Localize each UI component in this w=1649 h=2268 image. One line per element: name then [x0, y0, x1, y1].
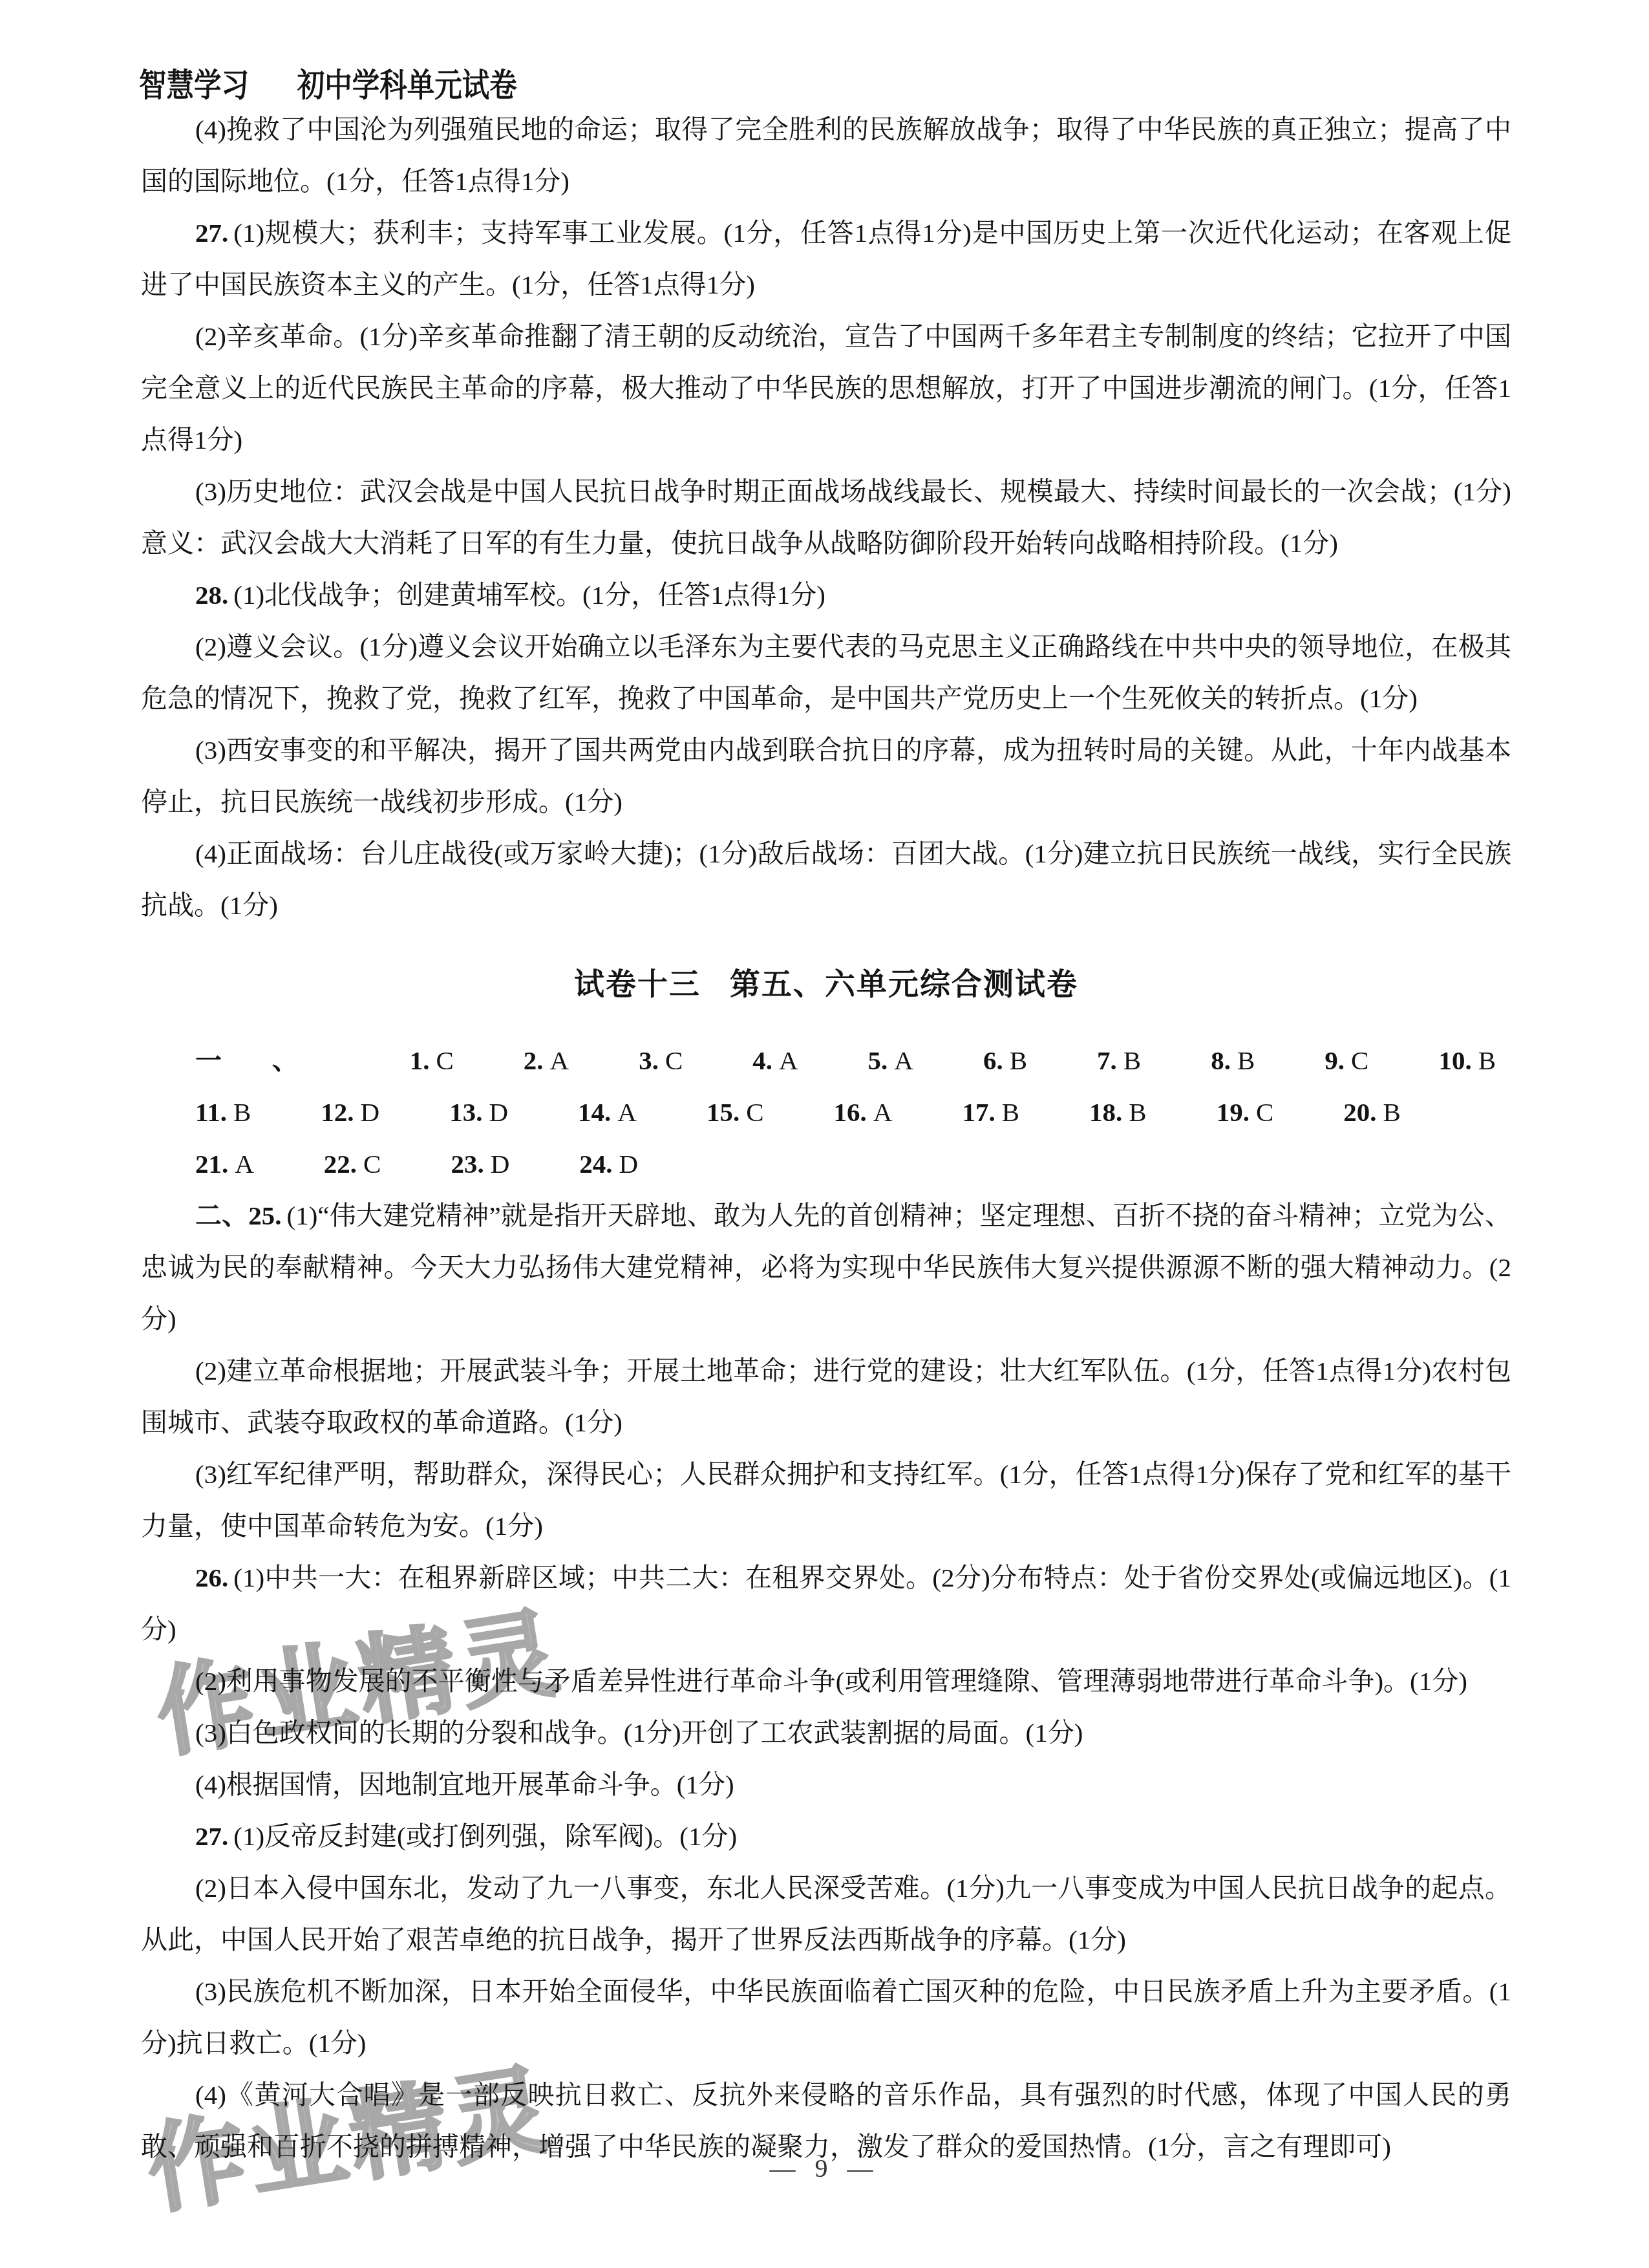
series-title: 初中学科单元试卷 [297, 67, 517, 103]
mc-item-number: 19. [1217, 1097, 1250, 1127]
answer-text: (2)利用事物发展的不平衡性与矛盾差异性进行革命斗争(或利用管理缝隙、管理薄弱地… [195, 1666, 1467, 1696]
answer-paragraph: (3)历史地位：武汉会战是中国人民抗日战争时期正面战场战线最长、规模最大、持续时… [141, 465, 1511, 569]
section-title-part-1: 试卷十三 [574, 967, 701, 1001]
mc-item-letter: A [617, 1097, 637, 1127]
mc-answer-item: 22.C [270, 1138, 381, 1190]
answer-paragraph: (3)红军纪律严明，帮助群众，深得民心；人民群众拥护和支持红军。(1分，任答1点… [141, 1448, 1511, 1552]
answer-text: (4)根据国情，因地制宜地开展革命斗争。(1分) [195, 1770, 734, 1799]
answer-text: (3)白色政权间的长期的分裂和战争。(1分)开创了工农武装割据的局面。(1分) [195, 1718, 1083, 1748]
mc-item-letter: C [1351, 1045, 1368, 1075]
mc-answer-item: 6.B [929, 1034, 1027, 1086]
page-container: 智慧学习初中学科单元试卷 作业精灵 作业精灵 (4)挽救了中国沦为列强殖民地的命… [0, 0, 1649, 2268]
answer-paragraph: (3)民族危机不断加深，日本开始全面侵华，中华民族面临着亡国灭种的危险，中日民族… [141, 1965, 1511, 2069]
mc-answer-item: 21.A [141, 1138, 254, 1190]
mc-answer-item: 13.D [395, 1086, 508, 1138]
question-number: 27. [195, 1821, 228, 1851]
mc-item-letter: C [436, 1045, 453, 1075]
mc-item-number: 24. [579, 1149, 612, 1179]
mc-answer-item: 16.A [780, 1086, 893, 1138]
answer-text: (3)民族危机不断加深，日本开始全面侵华，中华民族面临着亡国灭种的危险，中日民族… [141, 1976, 1511, 2058]
mc-item-number: 16. [834, 1097, 867, 1127]
mc-item-number: 21. [195, 1149, 228, 1179]
question-number: 28. [195, 580, 228, 610]
mc-item-letter: A [550, 1045, 569, 1075]
mc-item-letter: B [1237, 1045, 1255, 1075]
answer-paragraph: (2)辛亥革命。(1分)辛亥革命推翻了清王朝的反动统治，宣告了中国两千多年君主专… [141, 310, 1511, 465]
mc-answers-line: 一、1.C2.A3.C4.A5.A6.B7.B8.B9.C10.B11.B12.… [141, 1034, 1511, 1190]
mc-item-letter: D [361, 1097, 380, 1127]
mc-item-letter: C [1256, 1097, 1273, 1127]
answer-text: (1)“伟大建党精神”就是指开天辟地、敢为人先的首创精神；坚定理想、百折不挠的奋… [141, 1201, 1511, 1334]
answer-text: (1)规模大；获利丰；支持军事工业发展。(1分，任答1点得1分)是中国历史上第一… [141, 218, 1511, 299]
mc-item-letter: D [619, 1149, 639, 1179]
mc-item-number: 10. [1438, 1045, 1471, 1075]
mc-item-letter: B [1478, 1045, 1496, 1075]
mc-answer-item: 1.C [356, 1034, 454, 1086]
answer-text: (3)西安事变的和平解决，揭开了国共两党由内战到联合抗日的序幕，成为扭转时局的关… [141, 735, 1511, 817]
answer-text: (1)中共一大：在租界新辟区域；中共二大：在租界交界处。(2分)分布特点：处于省… [141, 1563, 1511, 1644]
section-title: 试卷十三第五、六单元综合测试卷 [141, 958, 1511, 1010]
brand-title: 智慧学习 [139, 67, 249, 103]
mc-section-label: 一、 [195, 1045, 349, 1075]
answer-text: (1)反帝反封建(或打倒列强，除军阀)。(1分) [233, 1821, 737, 1851]
mc-item-letter: B [1010, 1045, 1027, 1075]
mc-item-number: 18. [1089, 1097, 1122, 1127]
answer-text: (2)建立革命根据地；开展武装斗争；开展土地革命；进行党的建设；壮大红军队伍。(… [141, 1356, 1511, 1437]
question-number: 二、25. [195, 1201, 282, 1230]
answer-text: (4)挽救了中国沦为列强殖民地的命运；取得了完全胜利的民族解放战争；取得了中华民… [141, 114, 1511, 196]
answer-text: (4)《黄河大合唱》是一部反映抗日救亡、反抗外来侵略的音乐作品，具有强烈的时代感… [141, 2080, 1511, 2161]
mc-item-number: 4. [752, 1045, 772, 1075]
answer-paragraph: (2)遵义会议。(1分)遵义会议开始确立以毛泽东为主要代表的马克思主义正确路线在… [141, 621, 1511, 724]
mc-answer-item: 5.A [814, 1034, 913, 1086]
mc-answer-item: 10.B [1384, 1034, 1496, 1086]
mc-item-letter: B [1002, 1097, 1019, 1127]
mc-answer-item: 23.D [396, 1138, 509, 1190]
answer-paragraph: (3)西安事变的和平解决，揭开了国共两党由内战到联合抗日的序幕，成为扭转时局的关… [141, 724, 1511, 828]
mc-item-number: 17. [962, 1097, 995, 1127]
mc-item-number: 1. [410, 1045, 430, 1075]
mc-answer-item: 12.D [266, 1086, 379, 1138]
mc-item-letter: A [235, 1149, 254, 1179]
mc-answer-item: 11.B [141, 1086, 251, 1138]
mc-item-letter: B [1383, 1097, 1400, 1127]
question-number: 27. [195, 218, 228, 248]
mc-item-letter: B [1123, 1045, 1141, 1075]
page-header: 智慧学习初中学科单元试卷 [139, 59, 517, 106]
answer-paragraph: (2)利用事物发展的不平衡性与矛盾差异性进行革命斗争(或利用管理缝隙、管理薄弱地… [141, 1655, 1511, 1707]
mc-item-number: 8. [1211, 1045, 1231, 1075]
mc-answer-item: 4.A [698, 1034, 798, 1086]
mc-item-number: 23. [451, 1149, 484, 1179]
answer-text: (2)辛亥革命。(1分)辛亥革命推翻了清王朝的反动统治，宣告了中国两千多年君主专… [141, 321, 1511, 455]
mc-answer-item: 3.C [584, 1034, 683, 1086]
mc-item-letter: B [1129, 1097, 1146, 1127]
mc-item-number: 12. [321, 1097, 354, 1127]
mc-item-number: 7. [1097, 1045, 1117, 1075]
answer-paragraph: (3)白色政权间的长期的分裂和战争。(1分)开创了工农武装割据的局面。(1分) [141, 1707, 1511, 1759]
answer-paragraph: (2)建立革命根据地；开展武装斗争；开展土地革命；进行党的建设；壮大红军队伍。(… [141, 1345, 1511, 1448]
mc-answer-item: 18.B [1035, 1086, 1147, 1138]
mc-answer-item: 2.A [469, 1034, 569, 1086]
answer-paragraph: (4)根据国情，因地制宜地开展革命斗争。(1分) [141, 1759, 1511, 1810]
mc-item-letter: B [233, 1097, 251, 1127]
mc-item-letter: A [779, 1045, 798, 1075]
answer-paragraph: (4)正面战场：台儿庄战役(或万家岭大捷)；(1分)敌后战场：百团大战。(1分)… [141, 828, 1511, 931]
mc-answer-item: 7.B [1043, 1034, 1141, 1086]
answer-text: (2)遵义会议。(1分)遵义会议开始确立以毛泽东为主要代表的马克思主义正确路线在… [141, 632, 1511, 713]
mc-answer-item: 15.C [652, 1086, 764, 1138]
mc-item-number: 5. [868, 1045, 888, 1075]
mc-item-number: 15. [707, 1097, 739, 1127]
answer-paragraph: (4)挽救了中国沦为列强殖民地的命运；取得了完全胜利的民族解放战争；取得了中华民… [141, 103, 1511, 207]
mc-item-letter: D [489, 1097, 508, 1127]
mc-answer-item: 9.C [1270, 1034, 1368, 1086]
mc-answer-item: 14.A [524, 1086, 637, 1138]
mc-item-letter: C [665, 1045, 683, 1075]
mc-item-number: 20. [1343, 1097, 1376, 1127]
mc-item-letter: D [491, 1149, 510, 1179]
mc-item-number: 22. [324, 1149, 357, 1179]
mc-item-number: 2. [524, 1045, 544, 1075]
mc-item-number: 14. [578, 1097, 611, 1127]
mc-item-number: 9. [1325, 1045, 1345, 1075]
answer-text: (4)正面战场：台儿庄战役(或万家岭大捷)；(1分)敌后战场：百团大战。(1分)… [141, 839, 1511, 920]
mc-item-number: 6. [983, 1045, 1003, 1075]
question-number: 26. [195, 1563, 228, 1592]
answer-paragraph: 27.(1)规模大；获利丰；支持军事工业发展。(1分，任答1点得1分)是中国历史… [141, 207, 1511, 310]
answer-paragraph: 27.(1)反帝反封建(或打倒列强，除军阀)。(1分) [141, 1810, 1511, 1862]
answer-text: (1)北伐战争；创建黄埔军校。(1分，任答1点得1分) [233, 580, 825, 610]
answer-paragraph: 26.(1)中共一大：在租界新辟区域；中共二大：在租界交界处。(2分)分布特点：… [141, 1552, 1511, 1655]
page-number: — 9 — [0, 2153, 1649, 2183]
mc-answer-item: 19.C [1162, 1086, 1274, 1138]
answer-paragraph: 二、25.(1)“伟大建党精神”就是指开天辟地、敢为人先的首创精神；坚定理想、百… [141, 1190, 1511, 1345]
mc-item-letter: A [894, 1045, 913, 1075]
mc-answer-item: 17.B [908, 1086, 1019, 1138]
answer-text: (3)红军纪律严明，帮助群众，深得民心；人民群众拥护和支持红军。(1分，任答1点… [141, 1459, 1511, 1541]
answer-text: (2)日本入侵中国东北，发动了九一八事变，东北人民深受苦难。(1分)九一八事变成… [141, 1873, 1511, 1954]
mc-item-letter: C [746, 1097, 763, 1127]
section-title-part-2: 第五、六单元综合测试卷 [730, 967, 1078, 1001]
answer-paragraph: (2)日本入侵中国东北，发动了九一八事变，东北人民深受苦难。(1分)九一八事变成… [141, 1862, 1511, 1965]
mc-answer-item: 24.D [525, 1138, 638, 1190]
mc-item-number: 13. [449, 1097, 482, 1127]
mc-item-number: 11. [195, 1097, 227, 1127]
answer-paragraph: 28.(1)北伐战争；创建黄埔军校。(1分，任答1点得1分) [141, 569, 1511, 621]
mc-answer-item: 8.B [1156, 1034, 1255, 1086]
answer-text: (3)历史地位：武汉会战是中国人民抗日战争时期正面战场战线最长、规模最大、持续时… [141, 476, 1511, 558]
mc-item-letter: C [363, 1149, 381, 1179]
mc-item-letter: A [873, 1097, 893, 1127]
mc-item-number: 3. [639, 1045, 659, 1075]
mc-answer-item: 20.B [1289, 1086, 1401, 1138]
answer-key-content: (4)挽救了中国沦为列强殖民地的命运；取得了完全胜利的民族解放战争；取得了中华民… [141, 103, 1511, 2172]
